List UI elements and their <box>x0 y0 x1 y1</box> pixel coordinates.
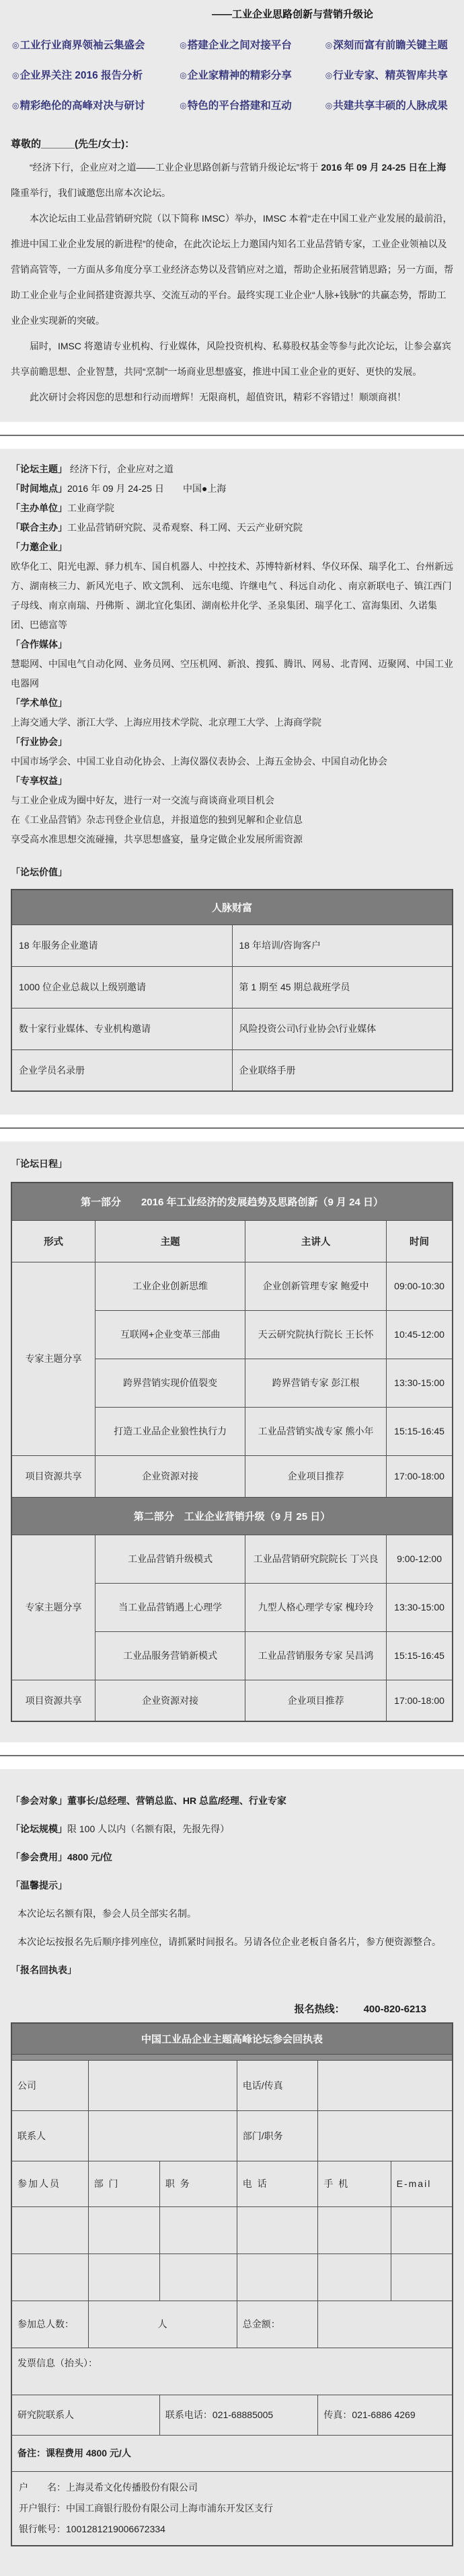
divider-line <box>0 1127 464 1129</box>
total-label-cell: 参加总人数： <box>11 2301 88 2348</box>
agenda-speaker: 九型人格心理学专家 槐玲玲 <box>245 1583 387 1631</box>
highlight-text: 搭建企业之间对接平台 <box>188 40 292 51</box>
column-header: 参加人员 <box>11 2161 88 2206</box>
fee-line: 「参会费用」4800 元/位 <box>11 1843 453 1871</box>
table-row: 参加总人数： 人 总金额： <box>11 2301 453 2348</box>
table-row: 联系人 部门/职务 <box>11 2110 453 2161</box>
agenda-speaker: 跨界营销专家 彭江根 <box>245 1359 387 1407</box>
letter-paragraph-3: 届时，IMSC 将邀请专业机构、行业媒体，风险投资机构、私募股权基金等参与此次论… <box>11 333 453 384</box>
audience-value: 董事长/总经理、营销总监、HR 总监/经理、行业专家 <box>67 1795 286 1806</box>
tip-1: 本次论坛名额有限，参会人员全部实名制。 <box>11 1899 453 1928</box>
column-header: 电 话 <box>237 2161 318 2206</box>
reply-form-title: 中国工业品企业主题高峰论坛参会回执表 <box>11 2023 453 2054</box>
agenda-time: 17:00-18:00 <box>387 1680 453 1721</box>
hotline-number: 400-820-6213 <box>364 2004 426 2015</box>
attendee-input-cell[interactable] <box>318 2206 391 2253</box>
table-row: 专家主题分享 工业企业创新思维 企业创新管理专家 鲍爱中 09:00-10:30 <box>11 1262 453 1310</box>
highlight-text: 企业家精神的精彩分享 <box>188 70 292 81</box>
forum-theme-label: 「论坛主题」 <box>11 464 67 474</box>
reply-form-table: 中国工业品企业主题高峰论坛参会回执表 公司 电话/传真 联系人 部门/职务 参加… <box>11 2022 453 2546</box>
agenda-topic: 跨界营销实现价值裂变 <box>95 1359 245 1407</box>
industry-assoc-list: 中国市场学会、中国工业自动化协会、上海仪器仪表协会、上海五金协会、中国自动化协会 <box>11 752 453 771</box>
fee-value: 4800 元/位 <box>67 1852 112 1862</box>
dept-label-cell: 部门/职务 <box>237 2110 318 2161</box>
dept-input-cell[interactable] <box>318 2110 453 2161</box>
highlight-text: 行业专家、精英智库共享 <box>333 70 448 81</box>
agenda-topic: 互联网+企业变革三部曲 <box>95 1310 245 1359</box>
forum-value-table: 人脉财富 18 年服务企业邀请 18 年培训/咨询客户 1000 位企业总裁以上… <box>11 889 453 1092</box>
hotline-label: 报名热线： <box>295 2004 345 2015</box>
exclusive-right-3: 享受高水准思想交流碰撞，共享思想盛宴，量身定做企业发展所需资源 <box>11 830 453 849</box>
agenda-time: 10:45-12:00 <box>387 1310 453 1359</box>
value-cell: 18 年培训/咨询客户 <box>232 925 453 966</box>
doc-title: ——工业企业思路创新与营销升级论 <box>11 0 453 22</box>
forum-cohost-label: 「联合主办」 <box>11 522 67 533</box>
agenda-topic: 企业资源对接 <box>95 1680 245 1721</box>
table-row: 1000 位企业总裁以上级别邀请 第 1 期至 45 期总裁班学员 <box>11 966 453 1008</box>
agenda-time: 15:15-16:45 <box>387 1631 453 1680</box>
industry-assoc-label: 「行业协会」 <box>11 732 453 752</box>
agenda-speaker: 工业品营销研究院院长 丁兴良 <box>245 1535 387 1583</box>
forum-when-label: 「时间地点」 <box>11 483 67 494</box>
invoice-input-cell[interactable]: 发票信息（抬头）： <box>11 2348 453 2395</box>
ring-bullet-icon: ◎ <box>325 71 332 80</box>
agenda-topic: 打造工业品企业狼性执行力 <box>95 1407 245 1455</box>
highlight-item: ◎特色的平台搭建和互动 <box>180 97 325 112</box>
ring-bullet-icon: ◎ <box>12 40 19 50</box>
agenda-time: 13:30-15:00 <box>387 1583 453 1631</box>
column-header: 形式 <box>11 1220 95 1262</box>
page-divider <box>0 1115 464 1142</box>
column-header: 职 务 <box>159 2161 237 2206</box>
page-divider <box>0 422 464 449</box>
tips-label: 「温馨提示」 <box>11 1880 67 1891</box>
scale-value: 限 100 人以内（名额有限，先报先得） <box>67 1823 229 1834</box>
fax-cell: 传真：021-6886 4269 <box>318 2395 453 2435</box>
agenda-topic: 当工业品营销遇上心理学 <box>95 1583 245 1631</box>
invited-companies-label: 「力邀企业」 <box>11 538 453 557</box>
media-partners-label: 「合作媒体」 <box>11 635 453 654</box>
account-name: 户 名：上海灵希文化传播股份有限公司 <box>19 2477 445 2498</box>
ring-bullet-icon: ◎ <box>180 101 186 110</box>
agenda-time: 15:15-16:45 <box>387 1407 453 1455</box>
letter-p1-post: 隆重举行，我们诚邀您出席本次论坛。 <box>11 187 171 198</box>
audience-line: 「参会对象」董事长/总经理、营销总监、HR 总监/经理、行业专家 <box>11 1787 453 1815</box>
column-header: 主题 <box>95 1220 245 1262</box>
section-agenda: 「论坛日程」 第一部分 2016 年工业经济的发展趋势及思路创新（9 月 24 … <box>0 1142 464 1742</box>
table-row: 户 名：上海灵希文化传播股份有限公司 开户银行：中国工商银行股份有限公司上海市浦… <box>11 2471 453 2546</box>
bank-info-cell: 户 名：上海灵希文化传播股份有限公司 开户银行：中国工商银行股份有限公司上海市浦… <box>11 2471 453 2546</box>
attendee-input-cell[interactable] <box>88 2253 159 2301</box>
attendee-input-cell[interactable] <box>88 2206 159 2253</box>
contact-input-cell[interactable] <box>88 2110 237 2161</box>
table-row: 数十家行业媒体、专业机构邀请 风险投资公司\行业协会\行业媒体 <box>11 1008 453 1049</box>
reply-form-label-line: 「报名回执表」 <box>11 1956 453 1984</box>
academic-units-list: 上海交通大学、浙江大学、上海应用技术学院、北京理工大学、上海商学院 <box>11 713 453 732</box>
value-cell: 企业联络手册 <box>232 1049 453 1091</box>
agenda-time: 09:00-10:30 <box>387 1262 453 1310</box>
value-cell: 1000 位企业总裁以上级别邀请 <box>11 966 232 1008</box>
attendee-input-cell[interactable] <box>318 2253 391 2301</box>
column-header: 手 机 <box>318 2161 391 2206</box>
divider-line <box>0 435 464 436</box>
inst-contact-cell: 研究院联系人 <box>11 2395 159 2435</box>
letter-paragraph-2: 本次论坛由工业品营销研究院（以下简称 IMSC）举办，IMSC 本着“走在中国工… <box>11 206 453 333</box>
highlight-item: ◎共建共享丰硕的人脉成果 <box>325 97 453 112</box>
tips-label-line: 「温馨提示」 <box>11 1871 453 1899</box>
company-input-cell[interactable] <box>88 2060 237 2110</box>
fee-label: 「参会费用」 <box>11 1852 67 1862</box>
agenda-time: 13:30-15:00 <box>387 1359 453 1407</box>
highlight-text: 深刻而富有前瞻关键主题 <box>333 40 448 51</box>
attendee-input-cell[interactable] <box>159 2206 237 2253</box>
table-row: 备注：课程费用 4800 元/人 <box>11 2435 453 2471</box>
attendee-input-row <box>11 2253 453 2301</box>
company-label-cell: 公司 <box>11 2060 88 2110</box>
agenda-part2-title: 第二部分 工业企业营销升级（9 月 25 日） <box>11 1497 453 1535</box>
section-forum-info: 「论坛主题」 经济下行，企业应对之道 「时间地点」2016 年 09 月 24-… <box>0 449 464 1115</box>
attendee-input-cell[interactable] <box>391 2206 453 2253</box>
forum-theme-value: 经济下行，企业应对之道 <box>67 464 173 474</box>
attendee-input-cell[interactable] <box>237 2206 318 2253</box>
telfax-input-cell[interactable] <box>318 2060 453 2110</box>
section-enrollment: 「参会对象」董事长/总经理、营销总监、HR 总监/经理、行业专家 「论坛规模」限… <box>0 1769 464 2576</box>
scale-line: 「论坛规模」限 100 人以内（名额有限，先报先得） <box>11 1815 453 1843</box>
letter-greeting: 尊敬的______(先生/女士)： <box>11 136 453 151</box>
attendee-input-cell[interactable] <box>11 2253 88 2301</box>
letter-paragraph-1: “经济下行，企业应对之道——工业企业思路创新与营销升级论坛”将于 2016 年 … <box>11 155 453 206</box>
table-row: 企业学员名录册 企业联络手册 <box>11 1049 453 1091</box>
agenda-part2-header: 第二部分 工业企业营销升级（9 月 25 日） <box>11 1497 453 1535</box>
ring-bullet-icon: ◎ <box>325 40 332 50</box>
highlight-grid: ◎工业行业商界领袖云集盛会 ◎搭建企业之间对接平台 ◎深刻而富有前瞻关键主题 ◎… <box>11 22 453 119</box>
academic-units-label: 「学术单位」 <box>11 693 453 713</box>
agenda-speaker: 企业项目推荐 <box>245 1680 387 1721</box>
letter-p1-pre: “经济下行，企业应对之道——工业企业思路创新与营销升级论坛”将于 <box>30 162 318 173</box>
table-row: 项目资源共享 企业资源对接 企业项目推荐 17:00-18:00 <box>11 1455 453 1497</box>
divider-line <box>0 1755 464 1756</box>
agenda-topic: 工业品营销升级模式 <box>95 1535 245 1583</box>
forum-when-value: 2016 年 09 月 24-25 日 中国●上海 <box>67 483 226 494</box>
section-intro: ——工业企业思路创新与营销升级论 ◎工业行业商界领袖云集盛会 ◎搭建企业之间对接… <box>0 0 464 422</box>
table-row: 专家主题分享 工业品营销升级模式 工业品营销研究院院长 丁兴良 9:00-12:… <box>11 1535 453 1583</box>
agenda-table: 第一部分 2016 年工业经济的发展趋势及思路创新（9 月 24 日） 形式 主… <box>11 1182 453 1722</box>
contact-label-cell: 联系人 <box>11 2110 88 2161</box>
column-header: E-mail <box>391 2161 453 2206</box>
agenda-time: 9:00-12:00 <box>387 1535 453 1583</box>
agenda-form-cell: 专家主题分享 <box>11 1262 95 1455</box>
agenda-topic: 工业企业创新思维 <box>95 1262 245 1310</box>
agenda-time: 17:00-18:00 <box>387 1455 453 1497</box>
agenda-speaker: 企业项目推荐 <box>245 1455 387 1497</box>
agenda-label: 「论坛日程」 <box>11 1154 453 1174</box>
telfax-label-cell: 电话/传真 <box>237 2060 318 2110</box>
table-row: 项目资源共享 企业资源对接 企业项目推荐 17:00-18:00 <box>11 1680 453 1721</box>
table-row: 发票信息（抬头）： <box>11 2348 453 2395</box>
table-row: 公司 电话/传真 <box>11 2060 453 2110</box>
page-divider <box>0 1742 464 1769</box>
highlight-text: 特色的平台搭建和互动 <box>188 100 292 112</box>
highlight-text: 共建共享丰硕的人脉成果 <box>333 100 448 112</box>
attendee-input-row <box>11 2206 453 2253</box>
highlight-text: 工业行业商界领袖云集盛会 <box>20 40 145 51</box>
agenda-speaker: 企业创新管理专家 鲍爱中 <box>245 1262 387 1310</box>
agenda-form-cell: 专家主题分享 <box>11 1535 95 1680</box>
invited-companies-list: 欧华化工、阳光电源、驿力机车、国自机器人、中控技术、苏博特新材料、华仪环保、瑞孚… <box>11 557 453 635</box>
scale-label: 「论坛规模」 <box>11 1823 67 1834</box>
forum-host-line: 「主办单位」工业商学院 <box>11 499 453 518</box>
highlight-item: ◎工业行业商界领袖云集盛会 <box>12 37 180 52</box>
amount-label-cell: 总金额： <box>237 2301 318 2348</box>
attendee-input-cell[interactable] <box>237 2253 318 2301</box>
letter-p1-date: 2016 年 09 月 24-25 日在上海 <box>318 162 446 173</box>
ring-bullet-icon: ◎ <box>12 101 19 110</box>
highlight-item: ◎搭建企业之间对接平台 <box>180 37 325 52</box>
account-bank: 开户银行：中国工商银行股份有限公司上海市浦东开发区支行 <box>19 2498 445 2519</box>
value-cell: 风险投资公司\行业协会\行业媒体 <box>232 1008 453 1049</box>
agenda-speaker: 工业品营销实战专家 熊小年 <box>245 1407 387 1455</box>
attendee-header-row: 参加人员 部 门 职 务 电 话 手 机 E-mail <box>11 2161 453 2206</box>
reply-form-title-row: 中国工业品企业主题高峰论坛参会回执表 <box>11 2023 453 2054</box>
highlight-item: ◎深刻而富有前瞻关键主题 <box>325 37 453 52</box>
agenda-column-header-row: 形式 主题 主讲人 时间 <box>11 1220 453 1262</box>
table-row: 研究院联系人 联系电话：021-68885005 传真：021-6886 426… <box>11 2395 453 2435</box>
column-header: 时间 <box>387 1220 453 1262</box>
table-row: 18 年服务企业邀请 18 年培训/咨询客户 <box>11 925 453 966</box>
forum-host-value: 工业商学院 <box>67 503 114 513</box>
amount-input-cell[interactable] <box>318 2301 453 2348</box>
invitation-letter: 尊敬的______(先生/女士)： “经济下行，企业应对之道——工业企业思路创新… <box>11 119 453 410</box>
exclusive-right-2: 在《工业品营销》杂志刊登企业信息，并报道您的独到见解和企业信息 <box>11 810 453 830</box>
letter-paragraph-4: 此次研讨会将因您的思想和行动而增辉！无限商机，超值资讯，精彩不容错过！顺颂商祺！ <box>11 384 453 410</box>
value-cell: 第 1 期至 45 期总裁班学员 <box>232 966 453 1008</box>
agenda-part1-header: 第一部分 2016 年工业经济的发展趋势及思路创新（9 月 24 日） <box>11 1183 453 1220</box>
agenda-form-cell: 项目资源共享 <box>11 1680 95 1721</box>
ring-bullet-icon: ◎ <box>325 101 332 110</box>
agenda-topic: 工业品服务营销新模式 <box>95 1631 245 1680</box>
value-table-header: 人脉财富 <box>11 890 453 925</box>
attendee-input-cell[interactable] <box>391 2253 453 2301</box>
column-header: 部 门 <box>88 2161 159 2206</box>
total-input-cell[interactable]: 人 <box>88 2301 237 2348</box>
ring-bullet-icon: ◎ <box>180 71 186 80</box>
forum-theme-line: 「论坛主题」 经济下行，企业应对之道 <box>11 460 453 479</box>
forum-cohost-value: 工业品营销研究院、灵希观察、科工网、天云产业研究院 <box>67 522 303 533</box>
exclusive-rights-label: 「专享权益」 <box>11 771 453 791</box>
highlight-item: ◎企业家精神的精彩分享 <box>180 67 325 82</box>
forum-when-line: 「时间地点」2016 年 09 月 24-25 日 中国●上海 <box>11 479 453 499</box>
exclusive-right-1: 与工业企业成为圈中好友，进行一对一交流与商谈商业项目机会 <box>11 791 453 810</box>
value-cell: 数十家行业媒体、专业机构邀请 <box>11 1008 232 1049</box>
highlight-item: ◎行业专家、精英智库共享 <box>325 67 453 82</box>
agenda-part1-title: 第一部分 2016 年工业经济的发展趋势及思路创新（9 月 24 日） <box>11 1183 453 1220</box>
highlight-item: ◎企业界关注 2016 报告分析 <box>12 67 180 82</box>
note-cell: 备注：课程费用 4800 元/人 <box>11 2435 453 2471</box>
agenda-speaker: 天云研究院执行院长 王长怀 <box>245 1310 387 1359</box>
highlight-item: ◎精彩绝伦的高峰对决与研讨 <box>12 97 180 112</box>
attendee-input-cell[interactable] <box>11 2206 88 2253</box>
forum-value-label: 「论坛价值」 <box>11 863 453 882</box>
attendee-input-cell[interactable] <box>159 2253 237 2301</box>
agenda-topic: 企业资源对接 <box>95 1455 245 1497</box>
value-cell: 企业学员名录册 <box>11 1049 232 1091</box>
contact-tel-cell: 联系电话：021-68885005 <box>159 2395 318 2435</box>
agenda-speaker: 工业品营销服务专家 吴昌鸿 <box>245 1631 387 1680</box>
reply-form-label: 「报名回执表」 <box>11 1965 77 1975</box>
column-header: 主讲人 <box>245 1220 387 1262</box>
substrip <box>11 2054 453 2060</box>
highlight-text: 企业界关注 2016 报告分析 <box>20 70 143 81</box>
ring-bullet-icon: ◎ <box>180 40 186 50</box>
reply-form-substrip <box>11 2054 453 2060</box>
agenda-form-cell: 项目资源共享 <box>11 1455 95 1497</box>
ring-bullet-icon: ◎ <box>12 71 19 80</box>
hotline: 报名热线：400-820-6213 <box>11 1984 453 2022</box>
account-number: 银行帐号：1001281219006672334 <box>19 2519 445 2540</box>
forum-host-label: 「主办单位」 <box>11 503 67 513</box>
audience-label: 「参会对象」 <box>11 1795 67 1806</box>
value-cell: 18 年服务企业邀请 <box>11 925 232 966</box>
media-partners-list: 慧聪网、中国电气自动化网、业务员网、空压机网、新浪、搜狐、腾讯、网易、北青网、迈… <box>11 654 453 693</box>
highlight-text: 精彩绝伦的高峰对决与研讨 <box>20 100 145 112</box>
forum-cohost-line: 「联合主办」工业品营销研究院、灵希观察、科工网、天云产业研究院 <box>11 518 453 538</box>
tip-2: 本次论坛按报名先后顺序排列座位，请抓紧时间报名。另请各位企业老板自备名片，参方便… <box>11 1928 453 1956</box>
